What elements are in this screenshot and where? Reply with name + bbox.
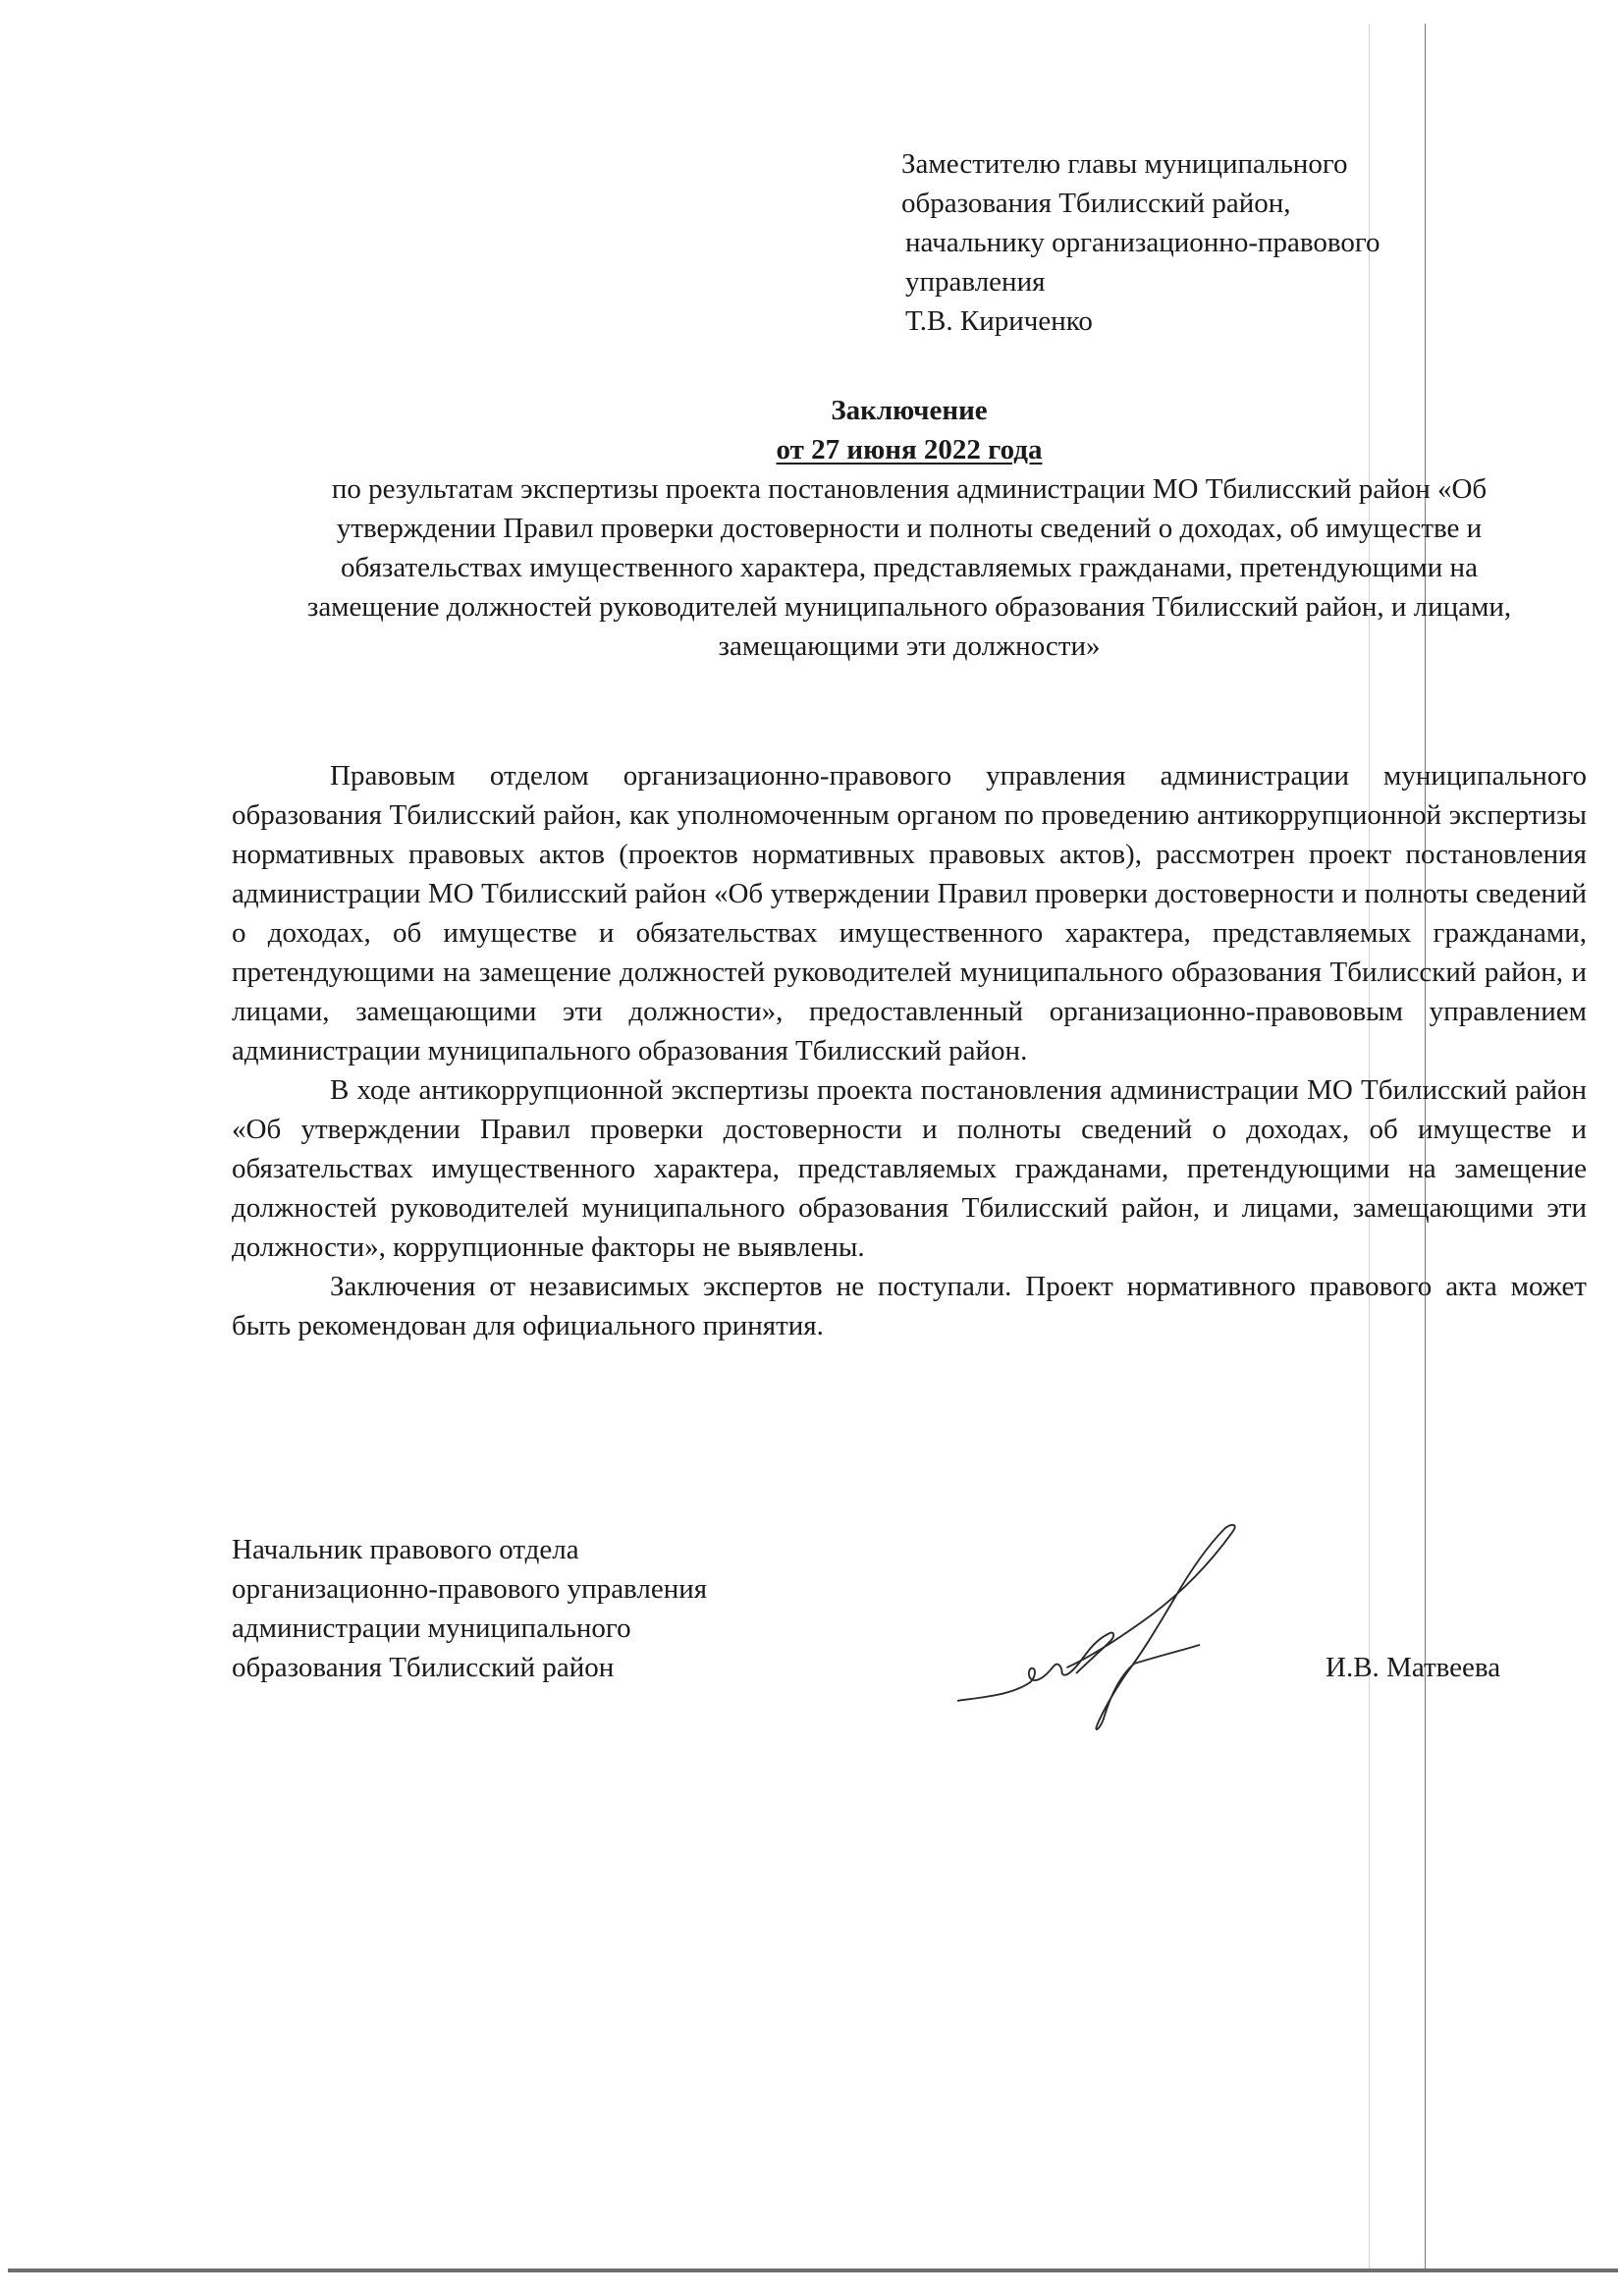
addressee-name: Т.В. Кириченко bbox=[901, 301, 1380, 341]
signatory-position-line: Начальник правового отдела bbox=[232, 1530, 707, 1569]
signatory-position-line: образования Тбилисский район bbox=[232, 1648, 707, 1687]
body-paragraph: Заключения от независимых экспертов не п… bbox=[232, 1267, 1587, 1345]
document-body: Правовым отделом организационно-правовог… bbox=[232, 756, 1587, 1345]
addressee-line: начальнику организационно-правового bbox=[901, 223, 1380, 262]
signatory-position-line: организационно-правового управления bbox=[232, 1569, 707, 1609]
addressee-line: управления bbox=[901, 262, 1380, 301]
document-header: Заключение от 27 июня 2022 года по резул… bbox=[232, 391, 1587, 666]
body-paragraph: В ходе антикоррупционной экспертизы прое… bbox=[232, 1070, 1587, 1267]
body-paragraph: Правовым отделом организационно-правовог… bbox=[232, 756, 1587, 1070]
signatory-name: И.В. Матвеева bbox=[1326, 1648, 1500, 1687]
scan-bottom-edge bbox=[8, 2269, 1618, 2272]
document-title: Заключение bbox=[232, 391, 1587, 430]
addressee-line: Заместителю главы муниципального bbox=[901, 144, 1380, 184]
signatory-position-line: администрации муниципального bbox=[232, 1609, 707, 1648]
document-subject: по результатам экспертизы проекта постан… bbox=[300, 469, 1518, 666]
signature-icon bbox=[938, 1512, 1272, 1748]
addressee-line: образования Тбилисский район, bbox=[901, 184, 1380, 223]
signatory-position: Начальник правового отдела организационн… bbox=[232, 1530, 707, 1687]
addressee-block: Заместителю главы муниципального образов… bbox=[901, 144, 1380, 341]
document-date: от 27 июня 2022 года bbox=[777, 434, 1043, 465]
